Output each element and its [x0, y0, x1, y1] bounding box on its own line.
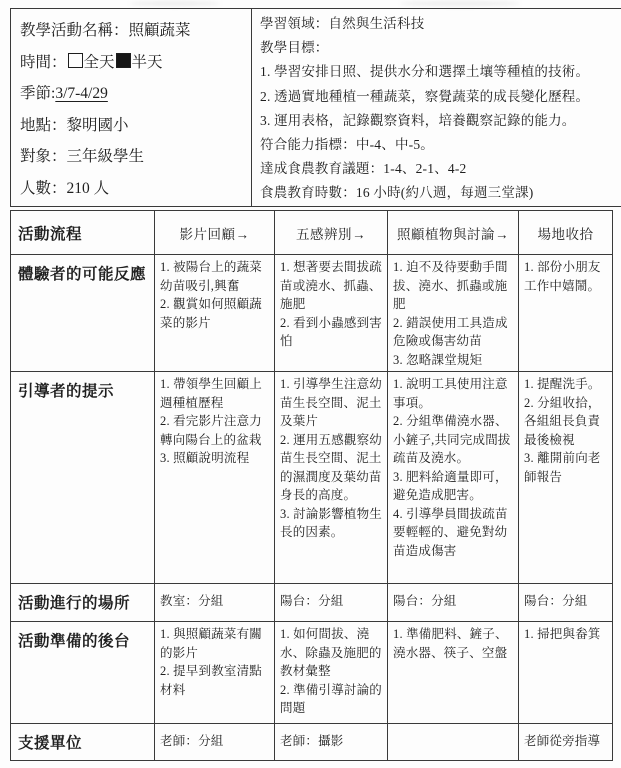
table-cell: 教室：分組	[155, 584, 275, 622]
table-cell: 1. 如何間拔、澆水、除蟲及施肥的教材彙整 2. 準備引導討論的問題	[275, 622, 388, 724]
table-row-activity-location: 活動進行的場所 教室：分組 陽台：分組 陽台：分組 陽台：分組	[11, 584, 613, 622]
count-line: 人數：210 人	[20, 173, 243, 205]
table-cell: 陽台：分組	[275, 584, 388, 622]
season-label: 季節:	[20, 85, 55, 102]
table-cell: 老師：分組	[155, 724, 275, 761]
checkbox-half-day-checked-icon	[116, 53, 131, 68]
objectives-cell: 學習領域：自然與生活科技 教學目標： 1. 學習安排日照、提供水分和選擇土壤等種…	[252, 9, 621, 207]
basic-info-cell: 教學活動名稱：照顧蔬菜 時間：全天半天 季節:3/7-4/29 地點：黎明國小 …	[11, 9, 252, 207]
table-row-support-unit: 支援單位 老師：分組 老師：攝影 老師從旁指導	[11, 724, 613, 761]
table-cell: 1. 引導學生注意幼苗生長空間、泥土及葉片 2. 運用五感觀察幼苗生長空間、泥土…	[275, 372, 388, 584]
season-line: 季節:3/7-4/29	[20, 78, 243, 110]
column-header-care-discussion: 照顧植物與討論→	[388, 211, 519, 255]
column-header-activity-flow: 活動流程	[11, 211, 155, 255]
objective-line-3: 3. 運用表格，記錄觀察資料，培養觀察記錄的能力。	[260, 109, 621, 133]
table-cell: 1. 掃把與畚箕	[519, 622, 613, 724]
table-cell: 1. 說明工具使用注意事項。 2. 分組準備澆水器、小鏟子,共同完成間拔疏苗及澆…	[388, 372, 519, 584]
table-cell-empty	[388, 724, 519, 761]
table-cell: 1. 提醒洗手。 2. 分組收拾，各組組長負責最後檢視 3. 離開前向老師報告	[519, 372, 613, 584]
lesson-plan-document: 教學活動名稱：照顧蔬菜 時間：全天半天 季節:3/7-4/29 地點：黎明國小 …	[0, 0, 621, 768]
activity-name: 教學活動名稱：照顧蔬菜	[20, 15, 243, 47]
scan-artifact	[130, 1, 220, 6]
time-option-half-day: 半天	[132, 54, 163, 71]
table-cell: 1. 被陽台上的蔬菜幼苗吸引,興奮 2. 觀賞如何照顧蔬菜的影片	[155, 255, 275, 372]
table-cell: 1. 部份小朋友工作中嬉鬧。	[519, 255, 613, 372]
activity-flow-table: 活動流程 影片回顧→ 五感辨別→ 照顧植物與討論→ 場地收拾 體驗者的可能反應 …	[10, 210, 613, 761]
season-value: 3/7-4/29	[55, 85, 108, 102]
table-row-participant-reactions: 體驗者的可能反應 1. 被陽台上的蔬菜幼苗吸引,興奮 2. 觀賞如何照顧蔬菜的影…	[11, 255, 613, 372]
scan-artifact	[400, 1, 520, 6]
objective-line-2: 2. 透過實地種植一種蔬菜，察覺蔬菜的成長變化歷程。	[260, 85, 621, 109]
learning-domain-line: 學習領域：自然與生活科技	[260, 12, 621, 36]
table-cell: 陽台：分組	[519, 584, 613, 622]
table-row-guide-tips: 引導者的提示 1. 帶領學生回顧上週種植歷程 2. 看完影片注意力轉向陽台上的盆…	[11, 372, 613, 584]
target-line: 對象：三年級學生	[20, 141, 243, 173]
time-label: 時間：	[20, 54, 67, 71]
table-cell: 1. 準備肥料、鏟子、澆水器、筷子、空盤	[388, 622, 519, 724]
column-header-video-review: 影片回顧→	[155, 211, 275, 255]
row-label: 支援單位	[11, 724, 155, 761]
column-header-five-senses: 五感辨別→	[275, 211, 388, 255]
row-label: 體驗者的可能反應	[11, 255, 155, 372]
table-row-preparation: 活動準備的後台 1. 與照顧蔬菜有關的影片 2. 提早到教室清點材料 1. 如何…	[11, 622, 613, 724]
table-cell: 1. 迫不及待要動手間拔、澆水、抓蟲或施肥 2. 錯誤使用工具造成危險或傷害幼苗…	[388, 255, 519, 372]
ability-indicator-line: 符合能力指標：中-4、中-5。	[260, 133, 621, 157]
education-topics-line: 達成食農教育議題：1-4、2-1、4-2	[260, 157, 621, 181]
table-cell: 老師：攝影	[275, 724, 388, 761]
row-label: 活動準備的後台	[11, 622, 155, 724]
education-hours-line: 食農教育時數：16 小時(約八週，每週三堂課)	[260, 181, 621, 205]
row-label: 引導者的提示	[11, 372, 155, 584]
objectives-title-line: 教學目標：	[260, 36, 621, 60]
table-cell: 老師從旁指導	[519, 724, 613, 761]
table-cell: 1. 想著要去間拔疏苗或澆水、抓蟲、施肥 2. 看到小蟲感到害怕	[275, 255, 388, 372]
header-info-table: 教學活動名稱：照顧蔬菜 時間：全天半天 季節:3/7-4/29 地點：黎明國小 …	[10, 8, 621, 207]
time-option-full-day: 全天	[84, 54, 115, 71]
table-cell: 1. 與照顧蔬菜有關的影片 2. 提早到教室清點材料	[155, 622, 275, 724]
location-line: 地點：黎明國小	[20, 110, 243, 142]
table-header-row: 活動流程 影片回顧→ 五感辨別→ 照顧植物與討論→ 場地收拾	[11, 211, 613, 255]
checkbox-full-day-unchecked-icon	[68, 53, 83, 68]
table-cell: 1. 帶領學生回顧上週種植歷程 2. 看完影片注意力轉向陽台上的盆栽 3. 照顧…	[155, 372, 275, 584]
objective-line-1: 1. 學習安排日照、提供水分和選擇土壤等種植的技術。	[260, 60, 621, 84]
row-label: 活動進行的場所	[11, 584, 155, 622]
column-header-cleanup: 場地收拾	[519, 211, 613, 255]
time-line: 時間：全天半天	[20, 47, 243, 79]
table-cell: 陽台：分組	[388, 584, 519, 622]
